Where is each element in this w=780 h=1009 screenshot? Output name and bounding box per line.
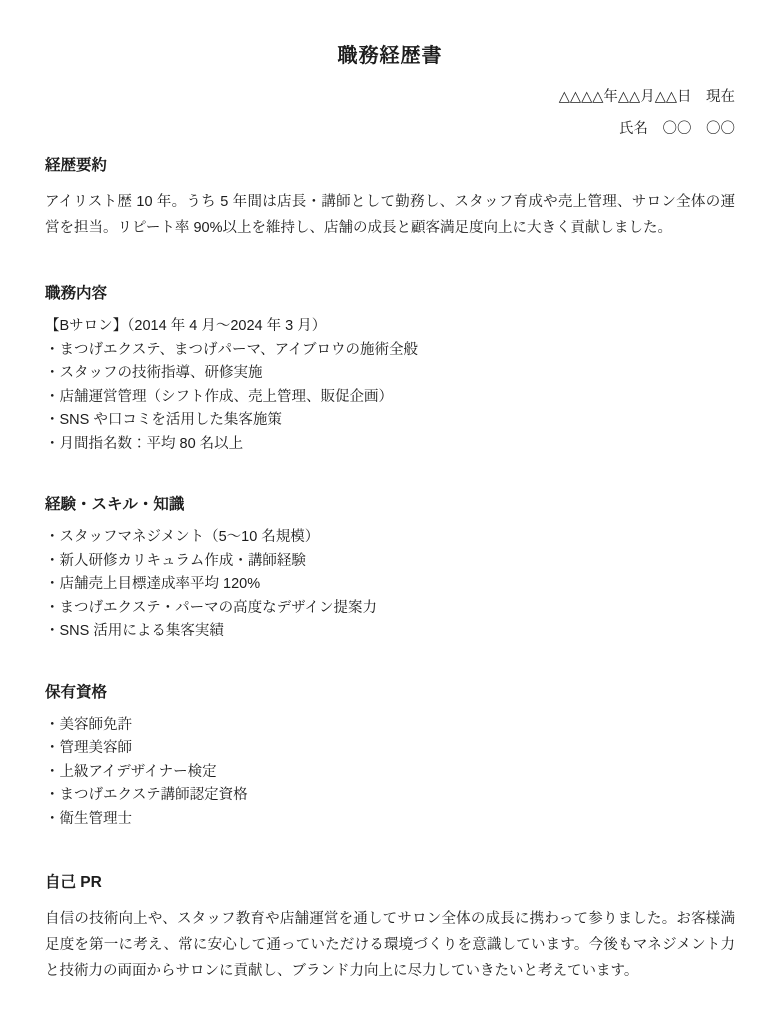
document-title: 職務経歴書 xyxy=(45,0,735,70)
section-career-summary: 経歴要約 アイリスト歴 10 年。うち 5 年間は店長・講師として勤務し、スタッ… xyxy=(45,154,735,241)
license-item: ・衛生管理士 xyxy=(45,808,735,832)
license-item: ・上級アイデザイナー検定 xyxy=(45,761,735,785)
license-item: ・まつげエクステ講師認定資格 xyxy=(45,784,735,808)
section-licenses: 保有資格 ・美容師免許 ・管理美容師 ・上級アイデザイナー検定 ・まつげエクステ… xyxy=(45,681,735,832)
skills-list: ・スタッフマネジメント（5～10 名規模） ・新人研修カリキュラム作成・講師経験… xyxy=(45,526,735,644)
licenses-heading: 保有資格 xyxy=(45,681,735,705)
name-line: 氏名 〇〇 〇〇 xyxy=(45,118,735,140)
skill-item: ・店舗売上目標達成率平均 120% xyxy=(45,573,735,597)
license-item: ・美容師免許 xyxy=(45,714,735,738)
skill-item: ・新人研修カリキュラム作成・講師経験 xyxy=(45,550,735,574)
skill-item: ・まつげエクステ・パーマの高度なデザイン提案力 xyxy=(45,597,735,621)
section-job-duties: 職務内容 【Bサロン】（2014 年 4 月～2024 年 3 月） ・まつげエ… xyxy=(45,282,735,456)
resume-page: 職務経歴書 △△△△年△△月△△日 現在 氏名 〇〇 〇〇 経歴要約 アイリスト… xyxy=(0,0,780,1009)
duty-item: ・SNS や口コミを活用した集客施策 xyxy=(45,409,735,433)
section-skills: 経験・スキル・知識 ・スタッフマネジメント（5～10 名規模） ・新人研修カリキ… xyxy=(45,493,735,644)
job-duties-list: 【Bサロン】（2014 年 4 月～2024 年 3 月） ・まつげエクステ、ま… xyxy=(45,315,735,456)
self-pr-paragraph: 自信の技術向上や、スタッフ教育や店舗運営を通してサロン全体の成長に携わって参りま… xyxy=(45,906,735,984)
section-self-pr: 自己 PR 自信の技術向上や、スタッフ教育や店舗運営を通してサロン全体の成長に携… xyxy=(45,871,735,984)
duty-item: ・まつげエクステ、まつげパーマ、アイブロウの施術全般 xyxy=(45,339,735,363)
career-summary-paragraph: アイリスト歴 10 年。うち 5 年間は店長・講師として勤務し、スタッフ育成や売… xyxy=(45,189,735,241)
job-duties-heading: 職務内容 xyxy=(45,282,735,306)
employer-period-line: 【Bサロン】（2014 年 4 月～2024 年 3 月） xyxy=(45,315,735,339)
skill-item: ・SNS 活用による集客実績 xyxy=(45,620,735,644)
license-item: ・管理美容師 xyxy=(45,737,735,761)
duty-item: ・月間指名数：平均 80 名以上 xyxy=(45,433,735,457)
duty-item: ・店舗運営管理（シフト作成、売上管理、販促企画） xyxy=(45,386,735,410)
licenses-list: ・美容師免許 ・管理美容師 ・上級アイデザイナー検定 ・まつげエクステ講師認定資… xyxy=(45,714,735,832)
duty-item: ・スタッフの技術指導、研修実施 xyxy=(45,362,735,386)
skill-item: ・スタッフマネジメント（5～10 名規模） xyxy=(45,526,735,550)
self-pr-heading: 自己 PR xyxy=(45,871,735,895)
career-summary-heading: 経歴要約 xyxy=(45,154,735,178)
as-of-date-line: △△△△年△△月△△日 現在 xyxy=(45,86,735,108)
skills-heading: 経験・スキル・知識 xyxy=(45,493,735,517)
